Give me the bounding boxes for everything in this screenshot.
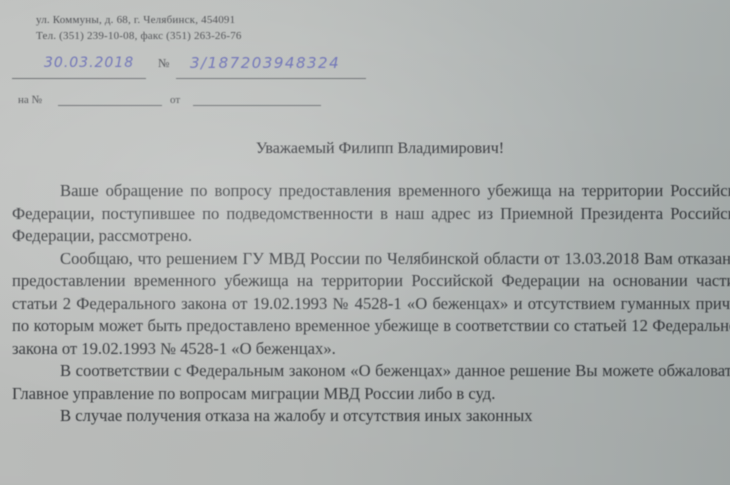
reference-number-blank — [58, 105, 162, 106]
date-underline — [12, 78, 146, 79]
letter-body: Ваше обращение по вопросу предоставления… — [12, 180, 730, 428]
number-sign: № — [158, 56, 169, 71]
reference-date-blank — [193, 105, 321, 106]
sender-address: ул. Коммуны, д. 68, г. Челябинск, 454091 — [36, 14, 235, 26]
reference-number-label: на № — [18, 94, 42, 106]
paragraph-appeal-rights: В соответствии с Федеральным законом «О … — [12, 360, 730, 405]
outgoing-date: 30.03.2018 — [44, 55, 134, 71]
number-underline — [176, 78, 366, 79]
paragraph-further-action: В случае получения отказа на жалобу и от… — [12, 405, 730, 428]
outgoing-number: 3/187203948324 — [190, 54, 340, 72]
reference-date-label: от — [170, 94, 180, 106]
paragraph-refusal-decision: Сообщаю, что решением ГУ МВД России по Ч… — [12, 248, 730, 361]
salutation: Уважаемый Филипп Владимирович! — [0, 140, 730, 158]
sender-phone-fax: Тел. (351) 239-10-08, факс (351) 263-26-… — [36, 30, 242, 42]
document-photo: ул. Коммуны, д. 68, г. Челябинск, 454091… — [0, 0, 730, 485]
paragraph-appeal-reviewed: Ваше обращение по вопросу предоставления… — [12, 180, 730, 248]
